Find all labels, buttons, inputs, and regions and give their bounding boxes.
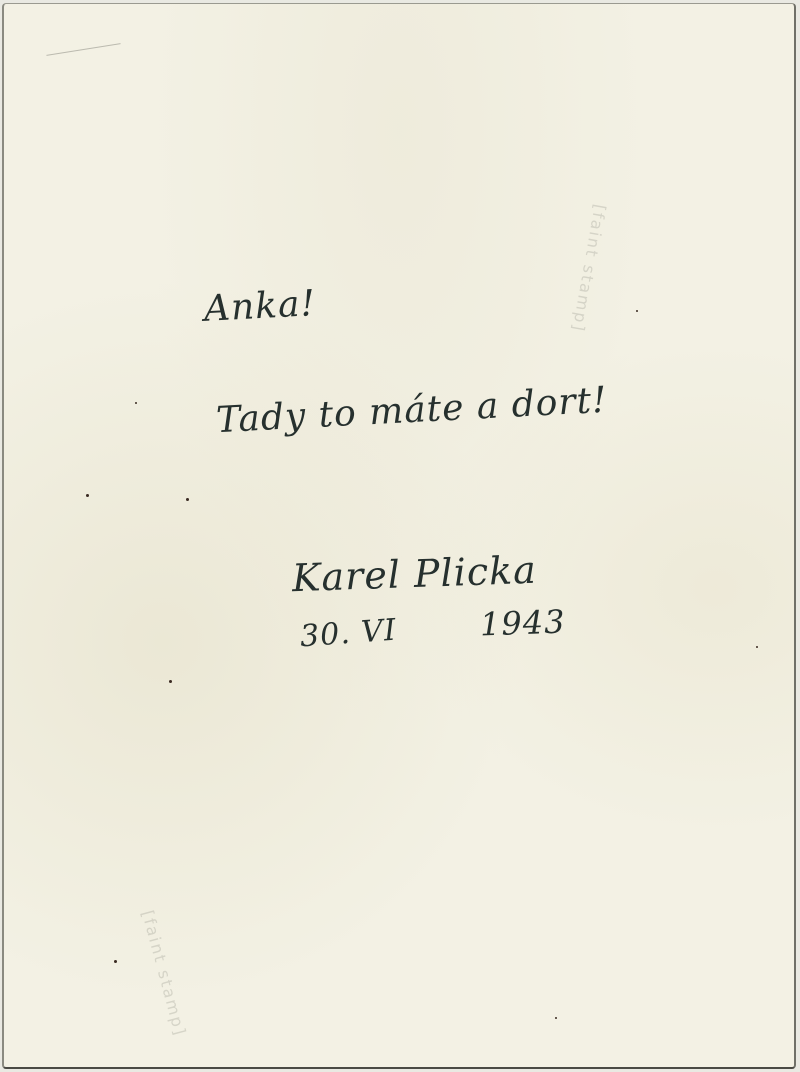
faint-stamp-bottom: [faint stamp] [138,908,190,1039]
signature-text: Karel Plicka [291,548,537,601]
faint-stamp-top: [faint stamp] [568,203,609,334]
ink-speck [86,494,89,497]
ink-speck [135,402,137,404]
message-text: Tady to máte a dort! [215,380,608,441]
ink-speck [186,498,189,501]
card-back: [faint stamp] Anka! Tady to máte a dort!… [2,3,796,1069]
ink-speck [169,680,172,683]
date-year: 1943 [479,603,566,644]
ink-speck [114,960,117,963]
scratch-mark [46,43,120,56]
ink-speck [756,646,758,648]
ink-speck [636,310,638,312]
greeting-text: Anka! [203,283,317,330]
date-day-month: 30. VI [299,613,398,655]
ink-speck [555,1017,557,1019]
